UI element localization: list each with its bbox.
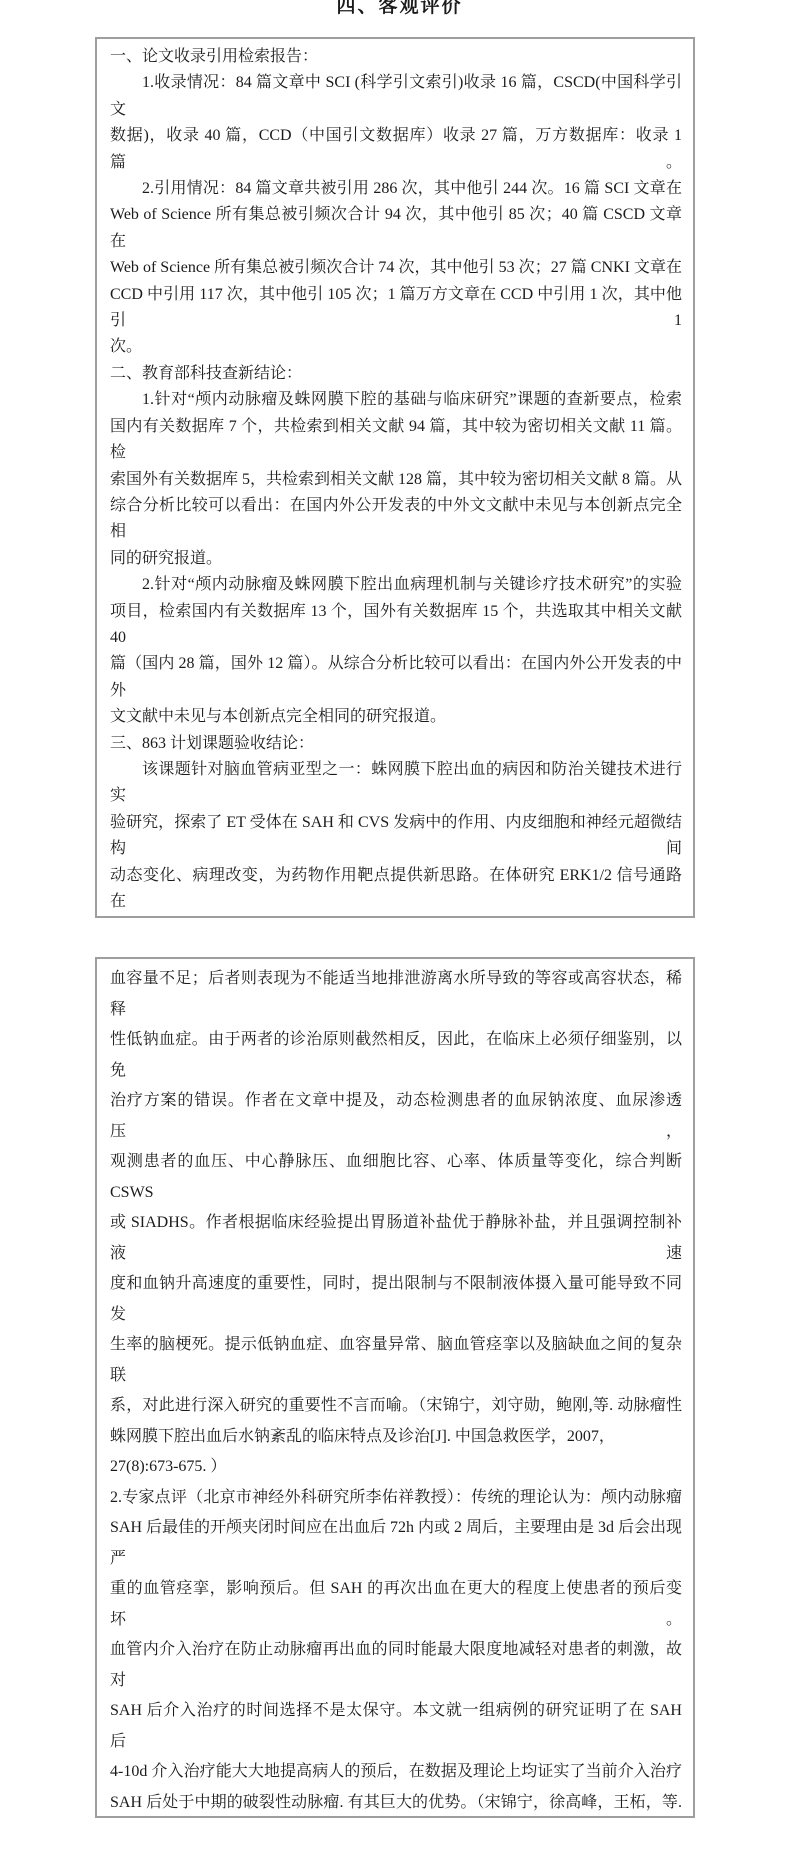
text-line: 系，对此进行深入研究的重要性不言而喻。（宋锦宁，刘守勋，鲍刚,等. 动脉瘤性 <box>110 1391 682 1422</box>
text-line: 1.收录情况：84 篇文章中 SCI (科学引文索引)收录 16 篇，CSCD(… <box>110 70 682 123</box>
text-line: 文文献中未见与本创新点完全相同的研究报道。 <box>110 704 682 730</box>
text-line: 血容量不足；后者则表现为不能适当地排泄游离水所导致的等容或高容状态，稀释 <box>110 964 682 1025</box>
text-line: 国内有关数据库 7 个，共检索到相关文献 94 篇，其中较为密切相关文献 11 … <box>110 414 682 467</box>
text-line: 验研究，探索了 ET 受体在 SAH 和 CVS 发病中的作用、内皮细胞和神经元… <box>110 810 682 863</box>
text-line: 性低钠血症。由于两者的诊治原则截然相反，因此，在临床上必须仔细鉴别，以免 <box>110 1025 682 1086</box>
text-line: SAH 后处于中期的破裂性动脉瘤. 有其巨大的优势。（宋锦宁，徐高峰，王柘，等. <box>110 1788 682 1819</box>
text-line: 2.专家点评（北京市神经外科研究所李佑祥教授）：传统的理论认为：颅内动脉瘤 <box>110 1483 682 1514</box>
text-line: 度和血钠升高速度的重要性，同时，提出限制与不限制液体摄入量可能导致不同发 <box>110 1269 682 1330</box>
text-line: 观测患者的血压、中心静脉压、血细胞比容、心率、体质量等变化，综合判断 CSWS <box>110 1147 682 1208</box>
evaluation-box-page-1: 一、论文收录引用检索报告：1.收录情况：84 篇文章中 SCI (科学引文索引)… <box>95 37 695 918</box>
text-line: 次。 <box>110 334 682 360</box>
text-line: 二、教育部科技查新结论： <box>110 361 682 387</box>
page-title-text: 四、客观评价 <box>0 0 799 20</box>
text-line: SAH 和 CVS 发病中的作用机制，对 SAH 进行脑血管影像等与神经元超微结… <box>110 915 682 918</box>
text-line: 27(8):673-675. ） <box>110 1452 682 1483</box>
text-line: 或 SIADHS。作者根据临床经验提出胃肠道补盐优于静脉补盐，并且强调控制补液速 <box>110 1208 682 1269</box>
text-line: 同的研究报道。 <box>110 546 682 572</box>
page-title: 四、客观评价 <box>0 0 799 21</box>
text-line: Web of Science 所有集总被引频次合计 94 次，其中他引 85 次… <box>110 202 682 255</box>
evaluation-box-page-2: 血容量不足；后者则表现为不能适当地排泄游离水所导致的等容或高容状态，稀释性低钠血… <box>95 957 695 1818</box>
text-line: 生率的脑梗死。提示低钠血症、血容量异常、脑血管痉挛以及脑缺血之间的复杂联 <box>110 1330 682 1391</box>
text-line: 三、863 计划课题验收结论： <box>110 731 682 757</box>
text-line: 蛛网膜下腔出血后水钠紊乱的临床特点及诊治[J]. 中国急救医学，2007， <box>110 1422 682 1453</box>
text-line: SAH 后最佳的开颅夹闭时间应在出血后 72h 内或 2 周后，主要理由是 3d… <box>110 1513 682 1574</box>
text-line: CCD 中引用 117 次，其中他引 105 次；1 篇万方文章在 CCD 中引… <box>110 282 682 335</box>
text-line: 4-10d 介入治疗能大大地提高病人的预后，在数据及理论上均证实了当前介入治疗 <box>110 1757 682 1788</box>
text-line: 2.针对“颅内动脉瘤及蛛网膜下腔出血病理机制与关键诊疗技术研究”的实验 <box>110 572 682 598</box>
text-line: SAH 后介入治疗的时间选择不是太保守。本文就一组病例的研究证明了在 SAH 后 <box>110 1696 682 1757</box>
text-line: 综合分析比较可以看出：在国内外公开发表的中外文文献中未见与本创新点完全相 <box>110 493 682 546</box>
text-line: 篇（国内 28 篇，国外 12 篇）。从综合分析比较可以看出：在国内外公开发表的… <box>110 651 682 704</box>
text-line: 重的血管痉挛，影响预后。但 SAH 的再次出血在更大的程度上使患者的预后变坏。 <box>110 1574 682 1635</box>
text-line: 血管内介入治疗在防止动脉瘤再出血的同时能最大限度地减轻对患者的刺激，故对 <box>110 1635 682 1696</box>
text-line: 该课题针对脑血管病亚型之一：蛛网膜下腔出血的病因和防治关键技术进行实 <box>110 757 682 810</box>
text-line: 一、论文收录引用检索报告： <box>110 44 682 70</box>
text-line: 1.针对“颅内动脉瘤及蛛网膜下腔的基础与临床研究”课题的查新要点，检索 <box>110 387 682 413</box>
text-line: Web of Science 所有集总被引频次合计 74 次，其中他引 53 次… <box>110 255 682 281</box>
text-line: 2.引用情况：84 篇文章共被引用 286 次，其中他引 244 次。16 篇 … <box>110 176 682 202</box>
text-line: 项目，检索国内有关数据库 13 个，国外有关数据库 15 个，共选取其中相关文献… <box>110 599 682 652</box>
text-line: 数据)，收录 40 篇，CCD（中国引文数据库）收录 27 篇，万方数据库：收录… <box>110 123 682 176</box>
text-line: 动态变化、病理改变，为药物作用靶点提供新思路。在体研究 ERK1/2 信号通路在 <box>110 863 682 916</box>
text-line: 索国外有关数据库 5，共检索到相关文献 128 篇，其中较为密切相关文献 8 篇… <box>110 467 682 493</box>
text-line: 治疗方案的错误。作者在文章中提及，动态检测患者的血尿钠浓度、血尿渗透压， <box>110 1086 682 1147</box>
